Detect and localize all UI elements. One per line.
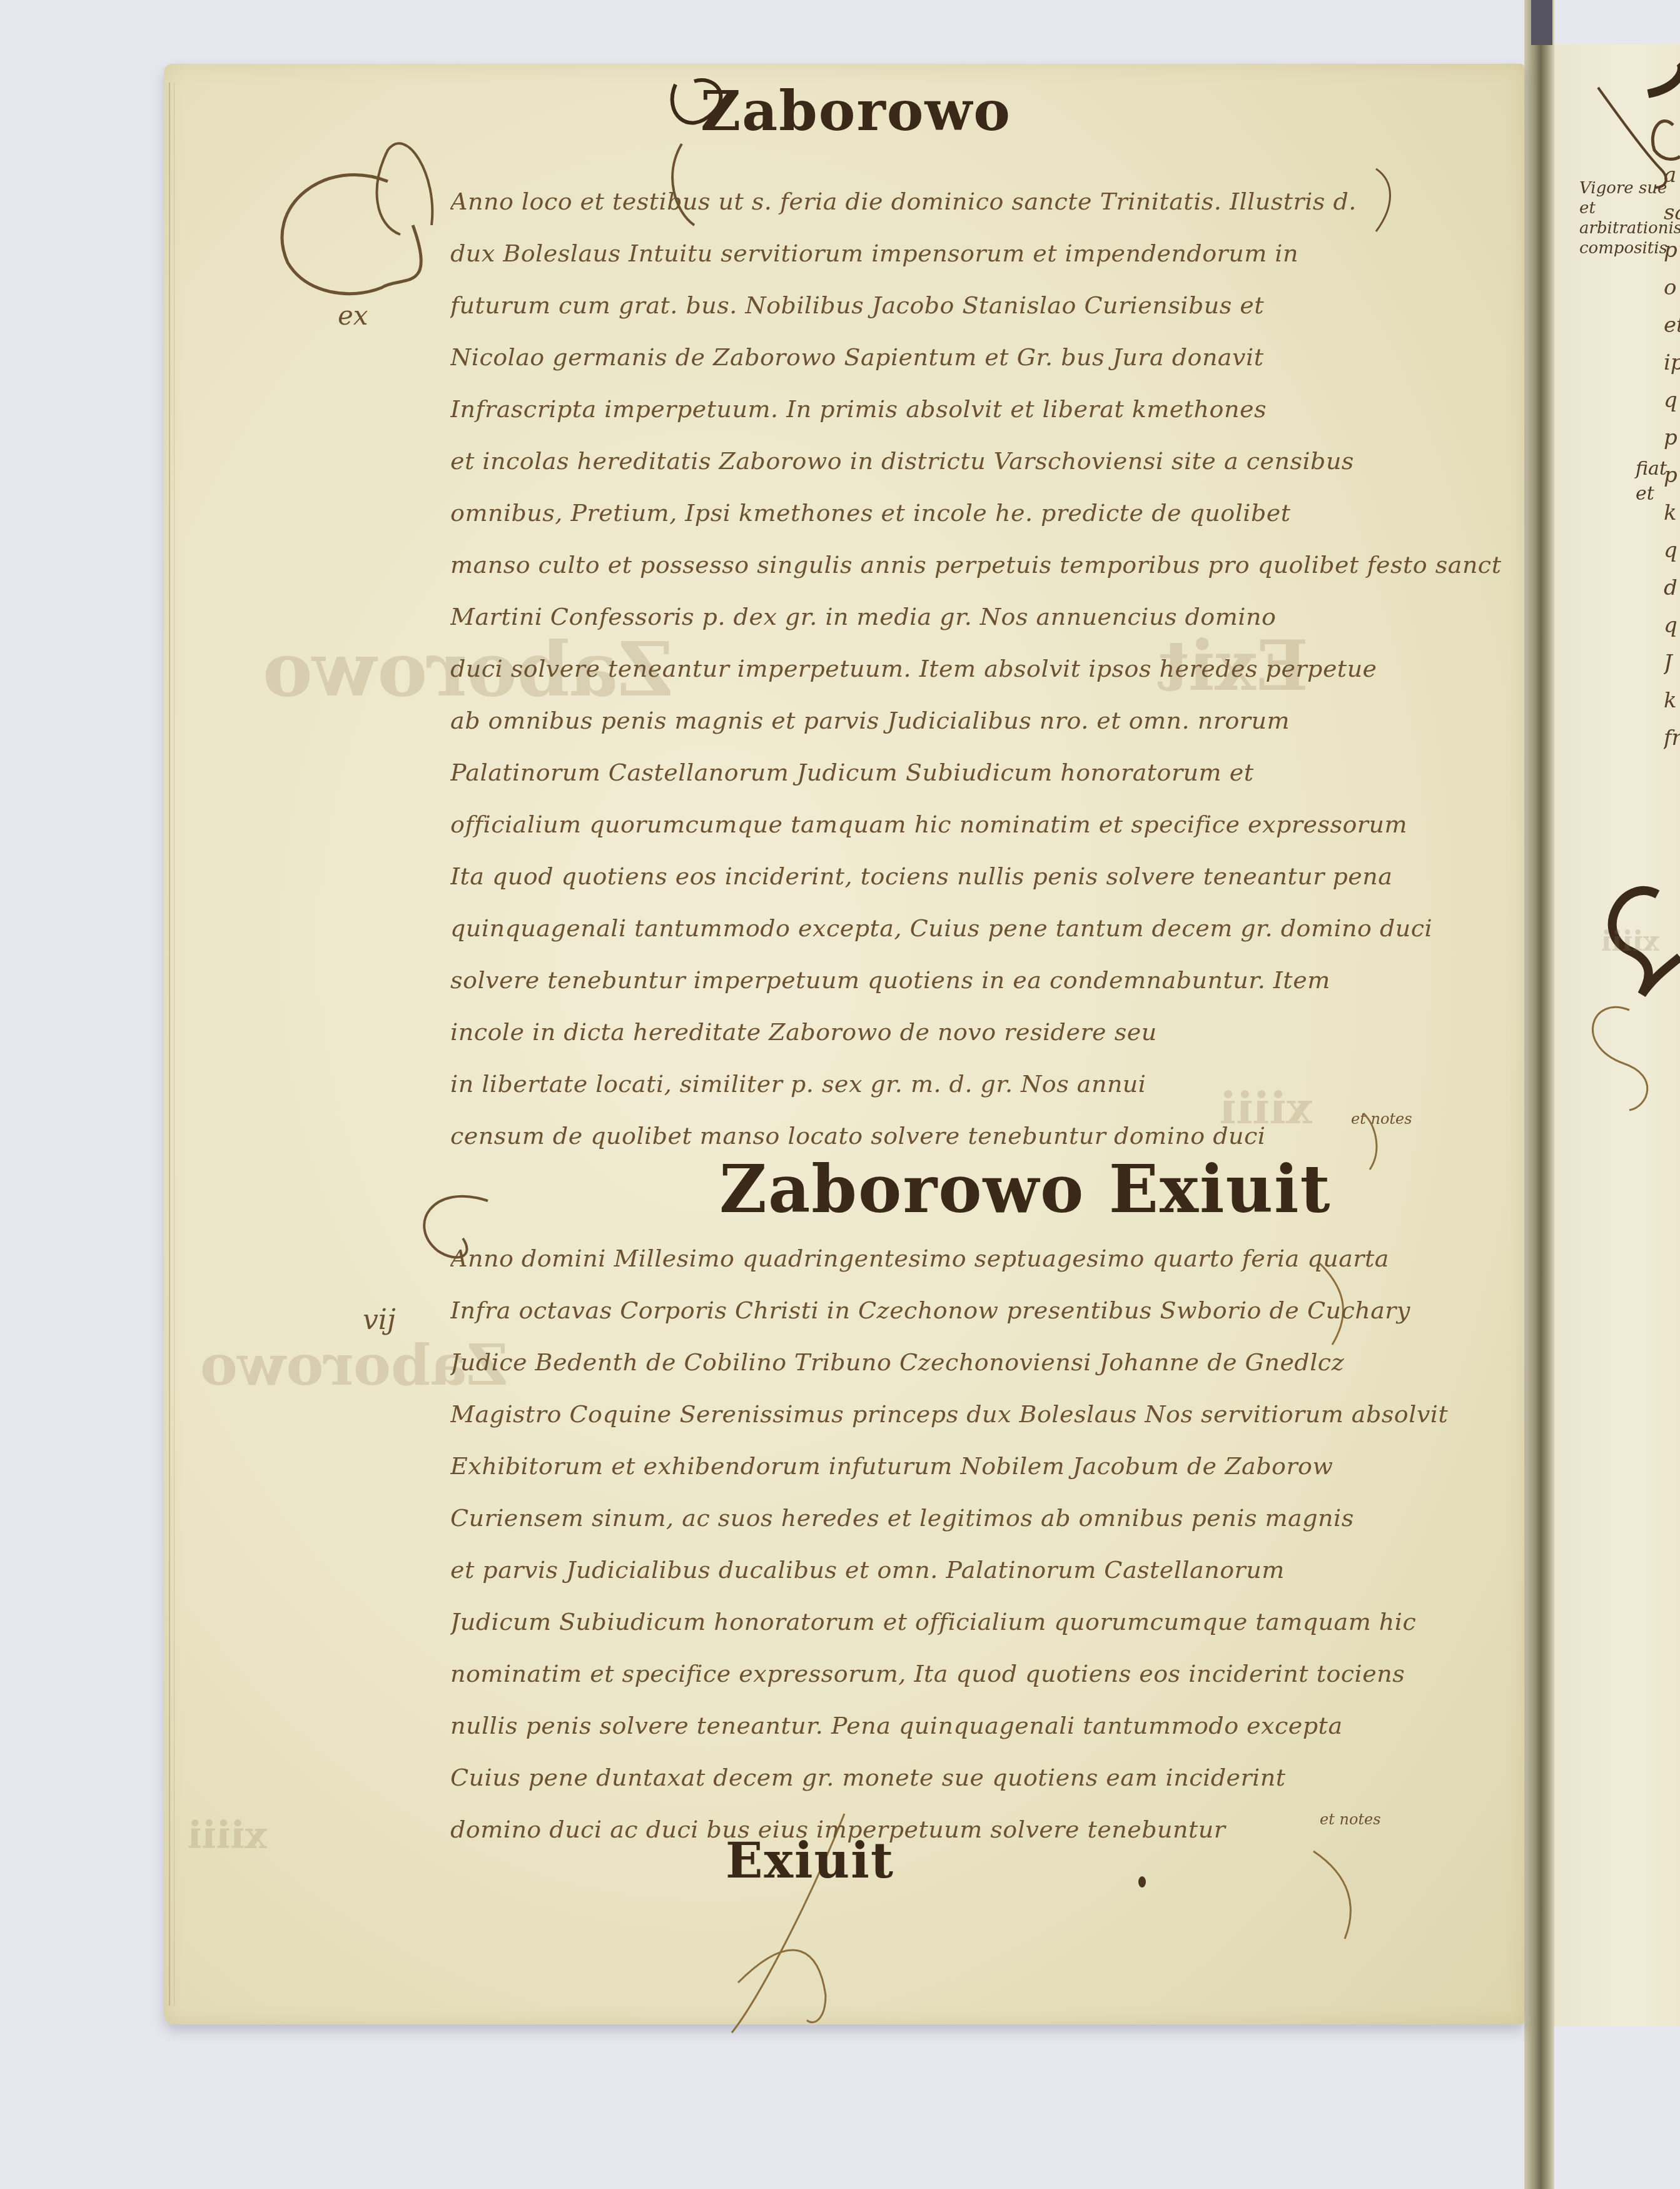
lower-note-line: et — [1636, 482, 1667, 507]
text-line: omnibus, Pretium, Ipsi kmethones et inco… — [450, 499, 1501, 527]
text-line: nullis penis solvere teneantur. Pena qui… — [450, 1712, 1501, 1739]
entry-heading: Zaborowo — [701, 78, 1011, 143]
column-fragment: q — [1664, 607, 1680, 644]
column-fragment: k — [1664, 682, 1680, 719]
right-lower-note: fiat et — [1636, 457, 1667, 507]
text-line: Cuius pene duntaxat decem gr. monete sue… — [450, 1764, 1501, 1791]
text-line: Palatinorum Castellanorum Judicum Subiud… — [450, 759, 1501, 786]
text-line: Curiensem sinum, ac suos heredes et legi… — [450, 1504, 1501, 1532]
punctuation-mark — [1138, 1876, 1146, 1888]
text-line: Ita quod quotiens eos inciderint, tocien… — [450, 862, 1501, 890]
column-fragment: sa — [1664, 194, 1680, 231]
text-line: et parvis Judicialibus ducalibus et omn.… — [450, 1556, 1501, 1584]
text-line: Martini Confessoris p. dex gr. in media … — [450, 603, 1501, 630]
text-line: et incolas hereditatis Zaborowo in distr… — [450, 447, 1501, 475]
right-page-column: a sa p o et ip q p p k q d q J k fr — [1664, 156, 1680, 757]
column-fragment: p — [1664, 457, 1680, 494]
column-fragment: d — [1664, 569, 1680, 607]
column-fragment: ip — [1664, 344, 1680, 382]
text-line: manso culto et possesso singulis annis p… — [450, 551, 1501, 579]
text-line: Anno loco et testibus ut s. feria die do… — [450, 188, 1501, 215]
end-note: et notes — [1320, 1811, 1381, 1828]
text-line: Infrascripta imperpetuum. In primis abso… — [450, 395, 1501, 423]
text-line: incole in dicta hereditate Zaborowo de n… — [450, 1018, 1501, 1046]
column-fragment: J — [1664, 644, 1680, 682]
gutter-shadow — [1531, 0, 1552, 45]
column-fragment: o — [1664, 269, 1680, 306]
text-line: futurum cum grat. bus. Nobilibus Jacobo … — [450, 291, 1501, 319]
column-fragment: k — [1664, 494, 1680, 532]
column-fragment: a — [1664, 156, 1680, 194]
text-line: censum de quolibet manso locato solvere … — [450, 1122, 1345, 1150]
text-line: Judice Bedenth de Cobilino Tribuno Czech… — [450, 1348, 1501, 1376]
text-line: in libertate locati, similiter p. sex gr… — [450, 1070, 1501, 1098]
text-line: Magistro Coquine Serenissimus princeps d… — [450, 1400, 1501, 1428]
text-line: solvere tenebuntur imperpetuum quotiens … — [450, 966, 1501, 994]
lower-note-line: fiat — [1636, 457, 1667, 482]
text-line: duci solvere teneantur imperpetuum. Item… — [450, 655, 1501, 682]
text-line: Judicum Subiudicum honoratorum et offici… — [450, 1608, 1501, 1635]
column-fragment: p — [1664, 231, 1680, 269]
text-line: Anno domini Millesimo quadringentesimo s… — [450, 1245, 1501, 1272]
text-line: Infra octavas Corporis Christi in Czecho… — [450, 1297, 1501, 1324]
ghost-numeral: xiiii — [1601, 926, 1659, 958]
column-fragment: et — [1664, 306, 1680, 344]
column-fragment: q — [1664, 532, 1680, 569]
right-page-flourishes-icon — [1554, 44, 1680, 2026]
text-line: Nicolao germanis de Zaborowo Sapientum e… — [450, 343, 1501, 371]
column-fragment: q — [1664, 382, 1680, 419]
column-fragment: p — [1664, 419, 1680, 457]
text-line: officialium quorumcumque tamquam hic nom… — [450, 811, 1501, 838]
text-line: nominatim et specifice expressorum, Ita … — [450, 1660, 1501, 1687]
text-line: quinquagenali tantummodo excepta, Cuius … — [450, 914, 1501, 942]
text-line: Exhibitorum et exhibendorum infuturum No… — [450, 1452, 1501, 1480]
end-note: et notes — [1351, 1110, 1412, 1128]
margin-folio-number: vij — [363, 1304, 396, 1336]
margin-folio-number: ex — [338, 300, 368, 331]
column-fragment: fr — [1664, 719, 1680, 757]
text-line: ab omnibus penis magnis et parvis Judici… — [450, 707, 1501, 734]
book-gutter — [1524, 0, 1554, 2189]
text-line: dux Boleslaus Intuitu servitiorum impens… — [450, 240, 1501, 267]
entry-heading: Zaborowo Exiuit — [719, 1151, 1332, 1228]
right-page: Vigore sue et arbitrationis compositis f… — [1554, 44, 1680, 2026]
entry-footer-word: Exiuit — [726, 1833, 894, 1889]
